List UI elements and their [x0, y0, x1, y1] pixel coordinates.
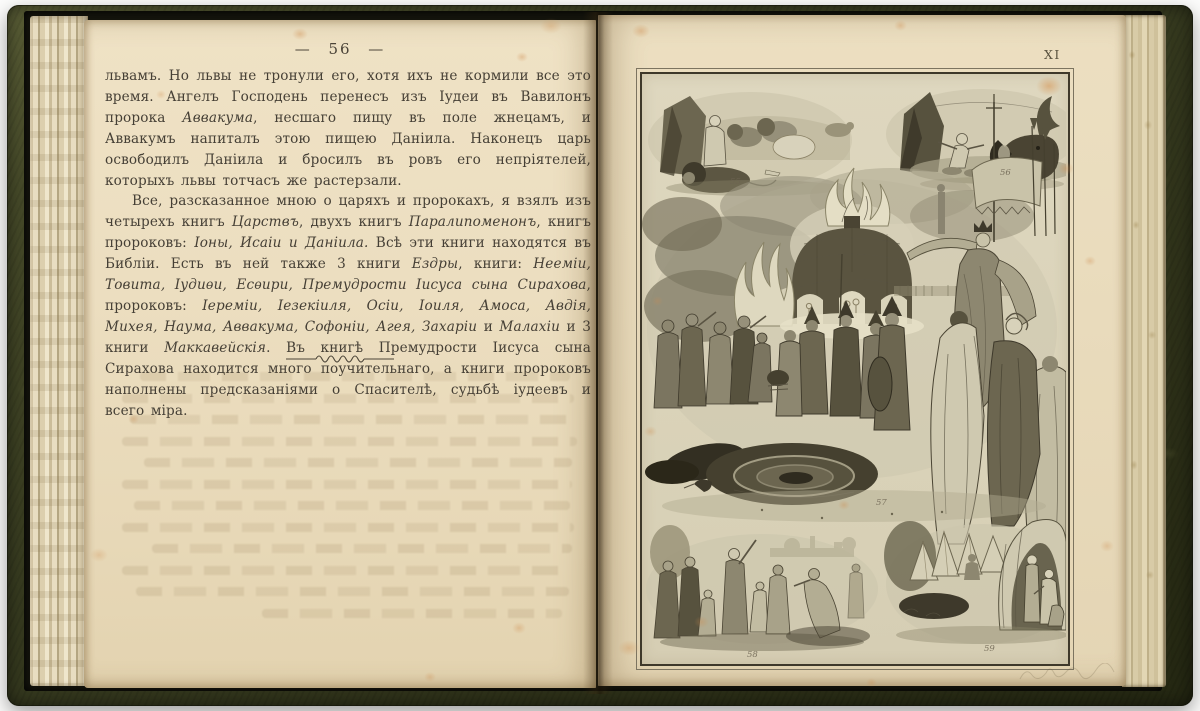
scene-camp-of-tents [884, 520, 1066, 645]
paragraph: львамъ. Но львы не тронули его, хотя ихъ… [105, 66, 591, 191]
page-edges-right [1122, 15, 1166, 687]
faint-pencil-inscription [1018, 663, 1118, 687]
ornament-rule [84, 350, 596, 369]
vignette-number: 57 [876, 498, 887, 508]
vignette-number: 56 [1000, 168, 1011, 178]
scene-prophet-and-people-before-city [646, 525, 878, 651]
page-edges-left [30, 16, 88, 686]
right-page: XI [598, 15, 1126, 686]
engraved-plate: XI [636, 68, 1074, 670]
bleed-through-text [122, 372, 580, 630]
photo-of-open-book: — 56 — львамъ. Но львы не тронули его, х… [0, 0, 1200, 711]
page-number: — 56 — [84, 40, 596, 58]
left-page: — 56 — львамъ. Но львы не тронули его, х… [84, 20, 596, 688]
vignette-number: 58 [747, 650, 758, 660]
vignette-number: 55 [730, 177, 741, 187]
plate-number: XI [1044, 47, 1061, 62]
vignette-number: 59 [984, 644, 995, 654]
engraving [642, 74, 1066, 661]
plate-inner-border: 55 56 57 58 59 [640, 72, 1070, 666]
